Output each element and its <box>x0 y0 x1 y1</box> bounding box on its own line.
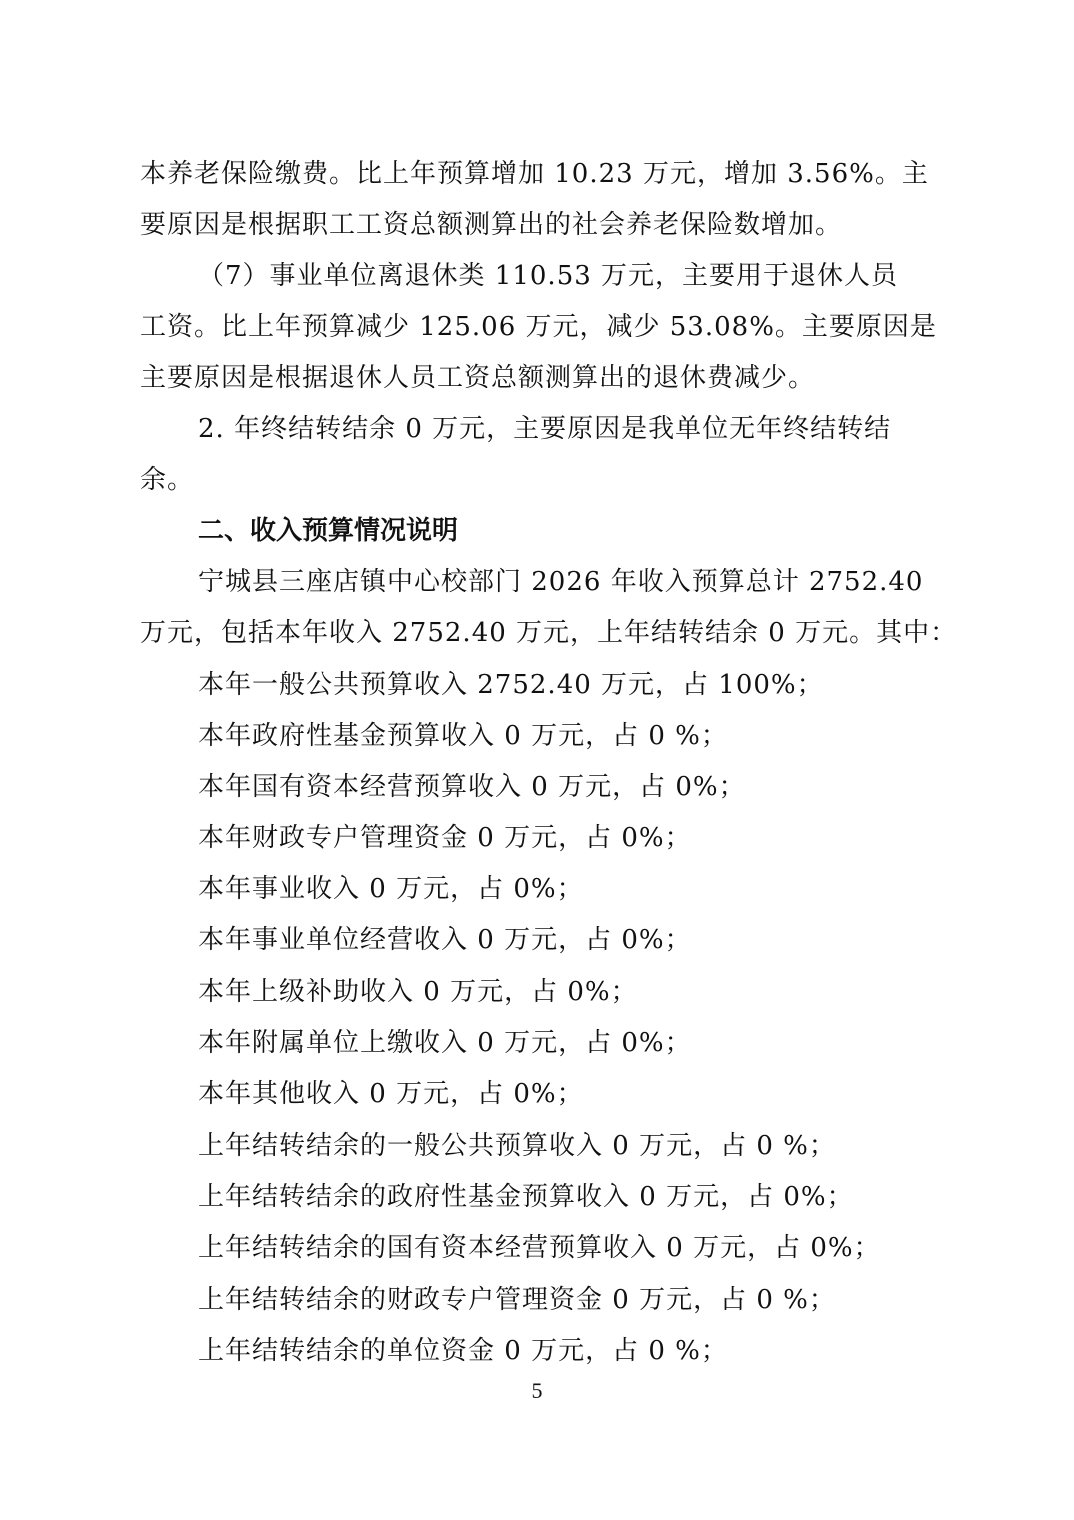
income-item: 本年事业收入 0 万元，占 0%； <box>198 872 584 906</box>
paragraph-line: 2. 年终结转结余 0 万元，主要原因是我单位无年终结转结 <box>198 412 891 446</box>
income-item: 上年结转结余的政府性基金预算收入 0 万元，占 0%； <box>198 1180 854 1214</box>
paragraph-line: 要原因是根据职工工资总额测算出的社会养老保险数增加。 <box>140 208 842 242</box>
income-item: 本年一般公共预算收入 2752.40 万元，占 100%； <box>198 668 824 702</box>
income-item: 上年结转结余的一般公共预算收入 0 万元，占 0 %； <box>198 1129 836 1163</box>
income-item: 上年结转结余的国有资本经营预算收入 0 万元，占 0%； <box>198 1231 881 1265</box>
paragraph-line: 余。 <box>140 463 194 497</box>
income-item: 本年附属单位上缴收入 0 万元，占 0%； <box>198 1026 692 1060</box>
paragraph-line: 宁城县三座店镇中心校部门 2026 年收入预算总计 2752.40 <box>198 565 923 599</box>
paragraph-line: 主要原因是根据退休人员工资总额测算出的退休费减少。 <box>140 361 815 395</box>
income-item: 本年事业单位经营收入 0 万元，占 0%； <box>198 923 692 957</box>
income-item: 上年结转结余的财政专户管理资金 0 万元，占 0 %； <box>198 1283 836 1317</box>
income-item: 上年结转结余的单位资金 0 万元，占 0 %； <box>198 1334 728 1368</box>
paragraph-line: 万元，包括本年收入 2752.40 万元，上年结转结余 0 万元。其中： <box>140 616 957 650</box>
income-item: 本年政府性基金预算收入 0 万元，占 0 %； <box>198 719 728 753</box>
income-item: 本年财政专户管理资金 0 万元，占 0%； <box>198 821 692 855</box>
income-item: 本年上级补助收入 0 万元，占 0%； <box>198 975 638 1009</box>
section-heading: 二、收入预算情况说明 <box>198 514 458 548</box>
page-number: 5 <box>0 1378 1074 1404</box>
paragraph-line: 本养老保险缴费。比上年预算增加 10.23 万元，增加 3.56%。主 <box>140 157 929 191</box>
document-page: 本养老保险缴费。比上年预算增加 10.23 万元，增加 3.56%。主 要原因是… <box>0 0 1074 1520</box>
income-item: 本年国有资本经营预算收入 0 万元，占 0%； <box>198 770 746 804</box>
income-item: 本年其他收入 0 万元，占 0%； <box>198 1077 584 1111</box>
paragraph-line: 工资。比上年预算减少 125.06 万元，减少 53.08%。主要原因是 <box>140 310 937 344</box>
paragraph-line: （7）事业单位离退休类 110.53 万元，主要用于退休人员 <box>198 259 898 293</box>
